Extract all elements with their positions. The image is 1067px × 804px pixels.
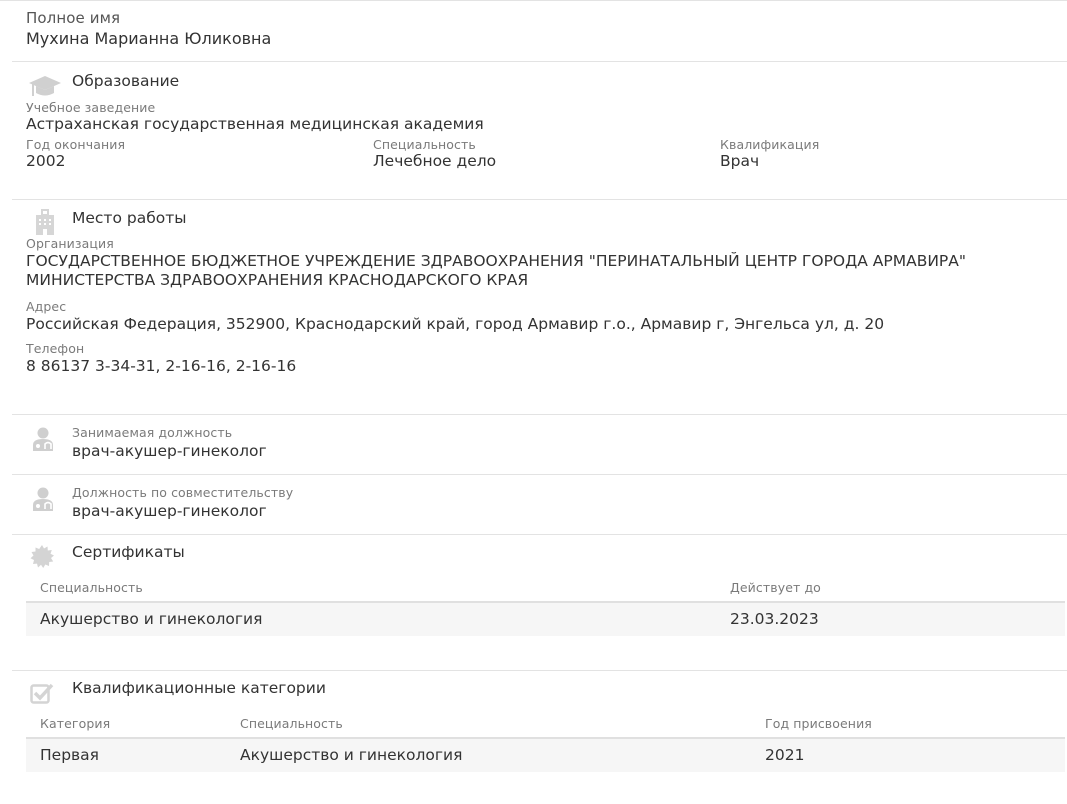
specialty-value: Лечебное дело [373,152,720,170]
institution-value: Астраханская государственная медицинская… [26,115,1067,133]
categories-col-year: Год присвоения [765,716,872,731]
certificates-table-header: Специальность Действует до [26,575,1065,603]
certificates-title: Сертификаты [72,543,185,561]
phone-label: Телефон [26,341,1067,356]
certificates-section: Сертификаты Специальность Действует до А… [12,535,1067,671]
workplace-title: Место работы [72,209,187,227]
full-name-label: Полное имя [26,9,1067,27]
graduation-year-value: 2002 [26,152,373,170]
category-year: 2021 [765,746,804,764]
specialty-label: Специальность [373,137,720,152]
profile-card: Полное имя Мухина Марианна Юликовна Обра… [12,0,1067,804]
secondary-position-label: Должность по совместительству [72,485,1067,500]
full-name-section: Полное имя Мухина Марианна Юликовна [12,0,1067,62]
workplace-section: Место работы Организация ГОСУДАРСТВЕННОЕ… [12,200,1067,415]
doctor-icon [32,487,54,511]
position-label: Занимаемая должность [72,425,1067,440]
position-value: врач-акушер-гинеколог [72,442,1067,460]
table-row: Акушерство и гинекология 23.03.2023 [26,603,1065,636]
address-label: Адрес [26,299,1067,314]
certificates-col-valid-until: Действует до [730,580,821,595]
category-value: Первая [40,746,99,764]
organization-value: ГОСУДАРСТВЕННОЕ БЮДЖЕТНОЕ УЧРЕЖДЕНИЕ ЗДР… [26,252,1026,290]
education-section: Образование Учебное заведение Астраханск… [12,62,1067,200]
qualification-value: Врач [720,152,1067,170]
position-section: Занимаемая должность врач-акушер-гинекол… [12,415,1067,475]
doctor-icon [32,427,54,451]
secondary-position-section: Должность по совместительству врач-акуше… [12,475,1067,535]
table-row: Первая Акушерство и гинекология 2021 [26,739,1065,772]
phone-value: 8 86137 3-34-31, 2-16-16, 2-16-16 [26,357,1067,375]
education-title: Образование [72,72,179,90]
qualification-label: Квалификация [720,137,1067,152]
categories-title: Квалификационные категории [72,679,326,697]
category-specialty: Акушерство и гинекология [240,746,462,764]
institution-label: Учебное заведение [26,100,1067,115]
hospital-building-icon [34,209,56,235]
graduation-cap-icon [28,73,62,99]
categories-section: Квалификационные категории Категория Спе… [12,671,1067,804]
address-value: Российская Федерация, 352900, Краснодарс… [26,315,1067,333]
certificates-col-specialty: Специальность [40,580,143,595]
certificate-valid-until: 23.03.2023 [730,610,819,628]
full-name-value: Мухина Марианна Юликовна [26,29,1067,48]
categories-col-specialty: Специальность [240,716,343,731]
organization-label: Организация [26,236,1067,251]
secondary-position-value: врач-акушер-гинеколог [72,502,1067,520]
categories-col-category: Категория [40,716,110,731]
certificate-specialty: Акушерство и гинекология [40,610,262,628]
categories-table-header: Категория Специальность Год присвоения [26,711,1065,739]
graduation-year-label: Год окончания [26,137,373,152]
